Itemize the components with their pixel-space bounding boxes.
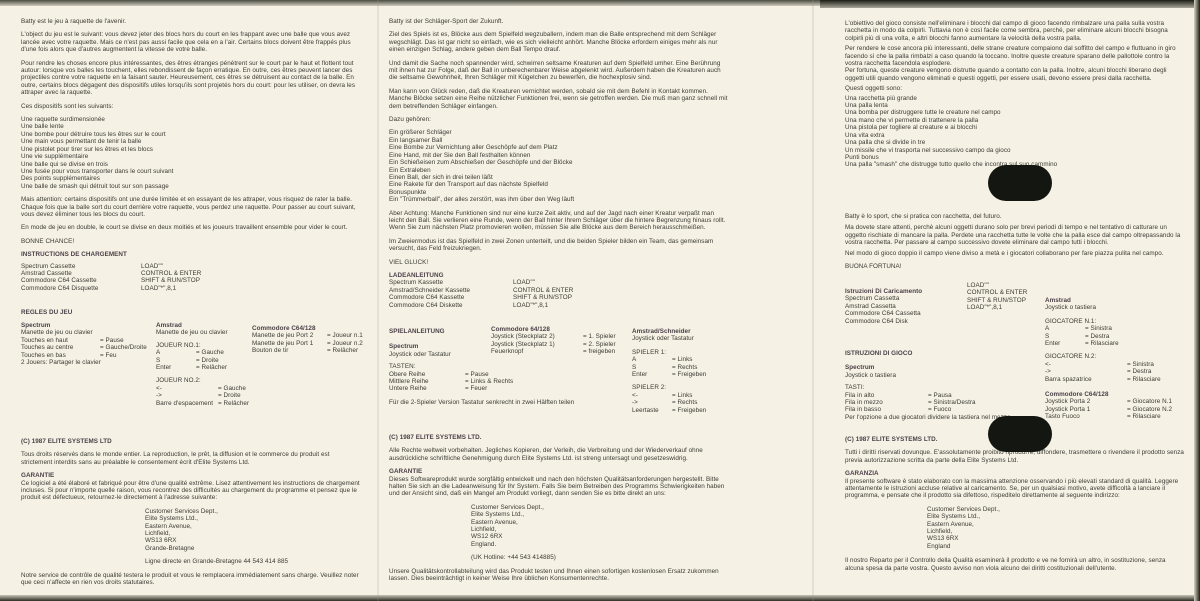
list-item: England [927, 543, 1185, 550]
row-value: SHIFT & RUN/STOP [513, 294, 572, 301]
table-row: <-= Gauche [156, 385, 266, 392]
row-label: Manette de jeu Port 1 [252, 340, 327, 347]
row-value: = Sinistra [1127, 361, 1154, 368]
table-row: Enter= Relâcher [156, 364, 266, 371]
row-label: <- [156, 385, 218, 392]
de-spectrum-subtitle: Joystick oder Tastatur [389, 351, 499, 358]
table-row: Commodore C64 CassetteSHIFT & RUN/STOP [21, 277, 361, 284]
list-item: Customer Services Dept., [145, 508, 361, 515]
row-label: Fila in basso [845, 406, 928, 413]
row-value: = Sinistra/Destra [928, 399, 976, 406]
table-row: Amstrad/Schneider KassetteCONTROL & ENTE… [389, 287, 729, 294]
list-item: Ein größerer Schläger [389, 129, 729, 136]
punched-hole [988, 165, 1052, 201]
fr-rights: Tous droits réservés dans le monde entie… [21, 451, 361, 466]
table-row: Joystick Porta 1= Giocatore N.2 [1045, 406, 1185, 413]
table-row: Touches au centre= Gauche/Droite [21, 344, 171, 351]
table-row: Fila in alto= Pausa [845, 392, 1045, 399]
row-label: Commodore C64 Diskette [389, 302, 513, 309]
fr-loading-table: Spectrum CassetteLOAD""Amstrad CassetteC… [21, 263, 361, 293]
it-warranty: Il presente software è stato elaborato c… [845, 478, 1185, 500]
list-item: Une vie supplémentaire [21, 153, 361, 160]
de-spectrum-title: Spectrum [389, 343, 499, 350]
de-devices-list: Ein größerer SchlägerEin langsamer BallE… [389, 129, 729, 203]
table-row: Mittlere Reihe= Links & Rechts [389, 378, 499, 385]
it-loading-systems: Istruzioni Di Caricamento Spectrum Casse… [845, 288, 975, 325]
row-label: Touches en bas [21, 352, 100, 359]
list-item: Bonuspunkte [389, 189, 729, 196]
table-row: Fila in mezzo= Sinistra/Destra [845, 399, 1045, 406]
table-row: Joystick Porta 2= Giocatore N.1 [1045, 398, 1185, 405]
list-item: WS12 6RX [471, 533, 729, 540]
it-devices-list: Una racchetta più grandeUna palla lentaU… [845, 95, 1185, 169]
row-value: = Links [672, 392, 692, 399]
row-value: = Rilasciare [1127, 413, 1161, 420]
it-closing: Il nostro Reparto per il Controllo della… [845, 557, 1185, 572]
de-amstrad-p1-keys: A= LinksS= RechtsEnter= Freigeben [632, 356, 732, 378]
it-amstrad-p1-title: GIOCATORE N.1: [1045, 318, 1185, 325]
list-item: Eastern Avenue, [927, 521, 1185, 528]
it-spectrum-subtitle: Joystick o tastiera [845, 372, 1045, 379]
de-spectrum-note: Für die 2-Spieler Version Tastatur senkr… [389, 399, 499, 406]
list-item: Une bombe pour détruire tous les êtres s… [21, 131, 361, 138]
row-label: Commodore C64 Cassette [21, 277, 141, 284]
row-value: = Joueur n.2 [327, 340, 363, 347]
fr-spectrum-keys: Touches en haut= PauseTouches au centre=… [21, 337, 171, 359]
row-value: = Relâcher [327, 347, 358, 354]
it-paragraph: Per fortuna, queste creature vengono dis… [845, 67, 1185, 82]
fr-warranty: Ce logiciel a été élaboré et fabriqué po… [21, 480, 361, 502]
table-row: Feuerknopf= freigeben [491, 348, 621, 355]
fold-line [812, 0, 814, 601]
list-item: Una mano che vi permette di trattenere l… [845, 117, 1185, 124]
list-item: Une fusée pour vous transporter dans le … [21, 168, 361, 175]
fr-amstrad-title: Amstrad [156, 322, 266, 329]
row-value: LOAD"*",8,1 [141, 285, 176, 292]
row-label: Mittlere Reihe [389, 378, 465, 385]
de-address: Customer Services Dept.,Elite Systems Lt… [471, 504, 729, 548]
table-row: Enter= Freigeben [632, 371, 732, 378]
list-item: Eine Hand, mit der Sie den Ball festhalt… [389, 152, 729, 159]
de-paragraph: Man kann von Glück reden, daß die Kreatu… [389, 88, 729, 110]
de-warranty-heading: GARANTIE [389, 468, 729, 475]
row-value: = Links & Rechts [465, 378, 513, 385]
row-value: = Pausa [928, 392, 952, 399]
row-label: Feuerknopf [491, 348, 583, 355]
list-item: WS13 6RX [927, 535, 1185, 542]
row-value: = Feuer [465, 385, 487, 392]
list-item: Amstrad Cassetta [845, 303, 975, 310]
it-devices-intro: Questi oggetti sono: [845, 85, 1185, 92]
list-item: Una vita extra [845, 132, 1185, 139]
row-label: -> [156, 392, 218, 399]
row-value: = freigeben [583, 348, 615, 355]
table-row: Enter= Rilasciare [1045, 340, 1185, 347]
list-item: Commodore C64 Cassetta [845, 310, 975, 317]
list-item: Une raquette surdimensionée [21, 116, 361, 123]
table-row: S= Rechts [632, 364, 732, 371]
list-item: England. [471, 541, 729, 548]
punched-hole [988, 416, 1052, 452]
table-row: Touches en bas= Feu [21, 352, 171, 359]
fr-amstrad-controls: Amstrad Manette de jeu ou clavier JOUEUR… [156, 322, 266, 407]
it-loading-commands: LOAD""CONTROL & ENTERSHIFT & RUN/STOPLOA… [967, 282, 1057, 312]
row-value: = Giocatore N.2 [1127, 406, 1172, 413]
it-spectrum-keys-title: TASTI: [845, 384, 1045, 391]
list-item: Lichfield, [145, 530, 361, 537]
row-label: Joystick (Steckplatz 2) [491, 333, 583, 340]
list-item: CONTROL & ENTER [967, 289, 1057, 296]
fr-amstrad-p2-title: JOUEUR NO.2: [156, 377, 266, 384]
row-value: = Droite [196, 357, 219, 364]
row-label: Barre d'espacement [156, 400, 218, 407]
row-value: = Sinistra [1085, 325, 1112, 332]
list-item: LOAD"" [967, 282, 1057, 289]
list-item: Une balle lente [21, 123, 361, 130]
row-label: Commodore C64 Disquette [21, 285, 141, 292]
it-paragraph: L'obiettivo del gioco consiste nell'elim… [845, 20, 1185, 42]
table-row: Fila in basso= Fuoco [845, 406, 1045, 413]
list-item: Grande-Bretagne [145, 545, 361, 552]
row-label: Untere Reihe [389, 385, 465, 392]
list-item: WS13 6RX [145, 537, 361, 544]
list-item: Customer Services Dept., [927, 506, 1185, 513]
row-value: = Destra [1085, 333, 1109, 340]
row-label: -> [1045, 368, 1127, 375]
it-amstrad-title: Amstrad [1045, 297, 1185, 304]
it-amstrad-p1-keys: A= SinistraS= DestraEnter= Rilasciare [1045, 325, 1185, 347]
list-item: Elite Systems Ltd., [927, 513, 1185, 520]
de-amstrad-p2-title: SPIELER 2: [632, 384, 732, 391]
row-value: = Gauche [218, 385, 246, 392]
list-item: Commodore C64 Disk [845, 318, 975, 325]
fr-amstrad-p1-keys: A= GaucheS= DroiteEnter= Relâcher [156, 349, 266, 371]
fr-loading-heading: INSTRUCTIONS DE CHARGEMENT [21, 251, 361, 258]
de-commodore-keys: Joystick (Steckplatz 2)= 1. SpielerJoyst… [491, 333, 621, 355]
it-spectrum-controls: ISTRUZIONI DI GIOCO Spectrum Joystick o … [845, 350, 1045, 421]
table-row: Joystick (Steckplatz 2)= 1. Spieler [491, 333, 621, 340]
row-value: = Links [672, 356, 692, 363]
row-label: Enter [632, 371, 672, 378]
row-label: Leertaste [632, 407, 672, 414]
row-value: = Rechts [672, 364, 697, 371]
fr-spectrum-note: 2 Jouers: Partager le clavier [21, 359, 171, 366]
list-item: Une pistolet pour tirer sur les êtres et… [21, 146, 361, 153]
row-value: = 1. Spieler [583, 333, 616, 340]
fr-spectrum-title: Spectrum [21, 322, 171, 329]
list-item: Spectrum Cassetta [845, 295, 975, 302]
list-item: Eine Rakete für den Transport auf das nä… [389, 181, 729, 188]
row-value: = Rilasciare [1127, 376, 1161, 383]
fr-paragraph: Mais attention: certains dispositifs ont… [21, 196, 361, 218]
table-row: A= Sinistra [1045, 325, 1185, 332]
fr-spectrum-subtitle: Manette de jeu ou clavier [21, 329, 171, 336]
de-loading-heading: LADEANLEITUNG [389, 272, 729, 279]
fr-good-luck: BONNE CHANCE! [21, 238, 361, 245]
table-row: Commodore C64 DisketteLOAD"*",8,1 [389, 302, 729, 309]
de-amstrad-title: Amstrad/Schneider [632, 328, 732, 335]
row-value: LOAD"*",8,1 [513, 302, 548, 309]
table-row: Spectrum CassetteLOAD"" [21, 263, 361, 270]
fr-devices-intro: Ces dispositifs sont les suivants: [21, 103, 361, 110]
it-commodore-title: Commodore C64/128 [1045, 391, 1185, 398]
table-row: <-= Links [632, 392, 732, 399]
list-item: Une balle de smash qui détruit tout sur … [21, 183, 361, 190]
row-label: Amstrad/Schneider Kassette [389, 287, 513, 294]
de-good-luck: VIEL GLUCK! [389, 259, 729, 266]
list-item: Punti bonus [845, 154, 1185, 161]
row-value: CONTROL & ENTER [141, 270, 201, 277]
table-row: ->= Droite [156, 392, 266, 399]
table-row: ->= Destra [1045, 368, 1185, 375]
it-paragraph: Nel modo di gioco doppio il campo viene … [845, 250, 1185, 257]
it-paragraph: Ma dovete stare attenti, perchè alcuni o… [845, 224, 1185, 246]
fr-amstrad-subtitle: Manette de jeu ou clavier [156, 329, 266, 336]
it-good-luck: BUONA FORTUNA! [845, 263, 1185, 270]
table-row: Joystick (Steckplatz 1)= 2. Spieler [491, 341, 621, 348]
row-value: = Gauche/Droite [100, 344, 147, 351]
list-item: Einen Ball, der sich in drei teilen läßt [389, 174, 729, 181]
row-value: = Destra [1127, 368, 1151, 375]
list-item: Ein "Trümmerball", der alles zerstört, w… [389, 196, 729, 203]
row-value: = Freigeben [672, 407, 706, 414]
row-label: Tasto Fuoco [1045, 413, 1127, 420]
row-value: = Feu [100, 352, 117, 359]
de-paragraph: Ziel des Spiels ist es, Blöcke aus dem S… [389, 31, 729, 53]
leaflet-sheet: Batty est le jeu à raquette de l'avenir.… [0, 0, 1200, 601]
table-row: S= Droite [156, 357, 266, 364]
fr-commodore-title: Commodore C64/128 [252, 325, 382, 332]
de-loading-table: Spectrum KassetteLOAD""Amstrad/Schneider… [389, 279, 729, 309]
german-panel: Batty ist der Schläger-Sport der Zukunft… [389, 0, 729, 601]
fr-commodore-keys: Manette de jeu Port 2= Joueur n.1Manette… [252, 332, 382, 354]
list-item: Elite Systems Ltd., [145, 515, 361, 522]
it-spectrum-keys: Fila in alto= PausaFila in mezzo= Sinist… [845, 392, 1045, 414]
list-item: Una palla lenta [845, 102, 1185, 109]
list-item: Elite Systems Ltd., [471, 511, 729, 518]
row-label: A [632, 356, 672, 363]
de-amstrad-p2-keys: <-= Links->= RechtsLeertaste= Freigeben [632, 392, 732, 414]
de-hotline: (UK Hotline: +44 543 414885) [471, 554, 729, 561]
italian-panel: L'obiettivo del gioco consiste nell'elim… [845, 0, 1185, 601]
row-label: <- [632, 392, 672, 399]
fr-spectrum-controls: Spectrum Manette de jeu ou clavier Touch… [21, 322, 171, 366]
it-amstrad-p2-keys: <-= Sinistra->= DestraBarra spazatrice= … [1045, 361, 1185, 383]
row-label: S [156, 357, 196, 364]
list-item: Lichfield, [471, 526, 729, 533]
it-intro: Batty è lo sport, che si pratica con rac… [845, 213, 1185, 220]
list-item: Eine Bombe zur Vernichtung aller Geschöp… [389, 144, 729, 151]
list-item: Customer Services Dept., [471, 504, 729, 511]
table-row: Obere Reihe= Pause [389, 371, 499, 378]
de-warranty: Dieses Softwareprodukt wurde sorgfältig … [389, 476, 729, 498]
table-row: Manette de jeu Port 2= Joueur n.1 [252, 332, 382, 339]
row-value: LOAD"" [513, 279, 535, 286]
row-label: <- [1045, 361, 1127, 368]
row-label: Obere Reihe [389, 371, 465, 378]
row-label: Joystick Porta 2 [1045, 398, 1127, 405]
it-amstrad-controls: Amstrad Joystick o tastiera GIOCATORE N.… [1045, 297, 1185, 421]
table-row: Untere Reihe= Feuer [389, 385, 499, 392]
de-intro: Batty ist der Schläger-Sport der Zukunft… [389, 18, 729, 25]
list-item: Un missile che vi trasporta nel successi… [845, 147, 1185, 154]
row-label: Manette de jeu Port 2 [252, 332, 327, 339]
fr-hotline: Ligne directe en Grande-Bretagne 44 543 … [145, 558, 361, 565]
row-label: Commodore C64 Kassette [389, 294, 513, 301]
fr-rules-heading: REGLES DU JEU [21, 309, 361, 316]
list-item: Ein Extraleben [389, 167, 729, 174]
table-row: A= Gauche [156, 349, 266, 356]
fr-amstrad-p1-title: JOUEUR NO.1: [156, 342, 266, 349]
it-loading-system-list: Spectrum CassettaAmstrad CassettaCommodo… [845, 295, 975, 325]
row-value: = Pause [100, 337, 124, 344]
row-value: = Droite [218, 392, 241, 399]
it-spectrum-title: Spectrum [845, 364, 1045, 371]
it-loading-heading: Istruzioni Di Caricamento [845, 288, 975, 295]
fr-intro: Batty est le jeu à raquette de l'avenir. [21, 18, 361, 25]
list-item: Eastern Avenue, [471, 519, 729, 526]
table-row: Tasto Fuoco= Rilasciare [1045, 413, 1185, 420]
list-item: Una palla che si divide in tre [845, 139, 1185, 146]
fr-commodore-controls: Commodore C64/128 Manette de jeu Port 2=… [252, 325, 382, 355]
de-spectrum-controls: SPIELANLEITUNG Spectrum Joystick oder Ta… [389, 328, 499, 406]
fr-paragraph: Pour rendre les choses encore plus intér… [21, 60, 361, 97]
list-item: SHIFT & RUN/STOP [967, 297, 1057, 304]
de-rules-heading: SPIELANLEITUNG [389, 328, 499, 335]
de-paragraph: Und damit die Sache noch spannender wird… [389, 60, 729, 82]
it-amstrad-p2-title: GIOCATORE N.2: [1045, 353, 1185, 360]
list-item: Une balle qui se divise en trois [21, 161, 361, 168]
table-row: Leertaste= Freigeben [632, 407, 732, 414]
fr-paragraph: En mode de jeu en double, le court se di… [21, 224, 361, 231]
row-value: = Rilasciare [1085, 340, 1119, 347]
list-item: Des points supplémentaires [21, 175, 361, 182]
french-panel: Batty est le jeu à raquette de l'avenir.… [21, 0, 361, 601]
row-value: = Gauche [196, 349, 224, 356]
row-label: Fila in alto [845, 392, 928, 399]
de-rights: Alle Rechte weltweit vorbehalten. Jeglic… [389, 447, 729, 462]
row-label: A [156, 349, 196, 356]
de-paragraph: Aber Achtung: Manche Funktionen sind nur… [389, 210, 729, 232]
fr-warranty-heading: GARANTIE [21, 472, 361, 479]
it-address: Customer Services Dept.,Elite Systems Lt… [927, 506, 1185, 550]
de-copyright: (C) 1987 ELITE SYSTEMS LTD. [389, 434, 729, 441]
list-item: LOAD"*",8,1 [967, 304, 1057, 311]
row-value: LOAD"" [141, 263, 163, 270]
table-row: ->= Rechts [632, 399, 732, 406]
row-label: Amstrad Cassette [21, 270, 141, 277]
row-label: Joystick Porta 1 [1045, 406, 1127, 413]
de-amstrad-controls: Amstrad/Schneider Joystick oder Tastatur… [632, 328, 732, 414]
row-label: S [632, 364, 672, 371]
de-commodore-controls: Commodore 64/128 Joystick (Steckplatz 2)… [491, 326, 621, 356]
row-label: -> [632, 399, 672, 406]
table-row: Commodore C64 DisquetteLOAD"*",8,1 [21, 285, 361, 292]
it-amstrad-subtitle: Joystick o tastiera [1045, 304, 1185, 311]
list-item: Ein langsamer Ball [389, 137, 729, 144]
list-item: Eastern Avenue, [145, 523, 361, 530]
de-commodore-title: Commodore 64/128 [491, 326, 621, 333]
list-item: Una pistola per togliere al creature e a… [845, 124, 1185, 131]
row-label: A [1045, 325, 1085, 332]
table-row: Touches en haut= Pause [21, 337, 171, 344]
row-label: Touches au centre [21, 344, 100, 351]
row-value: CONTROL & ENTER [513, 287, 573, 294]
de-devices-intro: Dazu gehören: [389, 116, 729, 123]
table-row: Commodore C64 KassetteSHIFT & RUN/STOP [389, 294, 729, 301]
row-value: = Giocatore N.1 [1127, 398, 1172, 405]
it-warranty-heading: GARANZIA [845, 470, 1185, 477]
de-paragraph: Im Zweiermodus ist das Spielfeld in zwei… [389, 238, 729, 253]
fold-line [377, 0, 379, 601]
row-label: Joystick (Steckplatz 1) [491, 341, 583, 348]
table-row: Manette de jeu Port 1= Joueur n.2 [252, 340, 382, 347]
row-label: Enter [156, 364, 196, 371]
fr-paragraph: L'object du jeu est le suivant: vous dev… [21, 31, 361, 53]
de-amstrad-subtitle: Joystick oder Tastatur [632, 335, 732, 342]
row-value: = 2. Spieler [583, 341, 616, 348]
it-rules-heading: ISTRUZIONI DI GIOCO [845, 350, 1045, 357]
row-value: SHIFT & RUN/STOP [141, 277, 200, 284]
row-value: = Joueur n.1 [327, 332, 363, 339]
list-item: Ein Schießeisen zum Abschießen der Gesch… [389, 159, 729, 166]
table-row: Spectrum KassetteLOAD"" [389, 279, 729, 286]
row-label: Enter [1045, 340, 1085, 347]
row-value: = Rechts [672, 399, 697, 406]
table-row: A= Links [632, 356, 732, 363]
de-spectrum-keys: Obere Reihe= PauseMittlere Reihe= Links … [389, 371, 499, 393]
row-value: = Fuoco [928, 406, 951, 413]
table-row: <-= Sinistra [1045, 361, 1185, 368]
list-item: Lichfield, [927, 528, 1185, 535]
table-row: Bouton de tir= Relâcher [252, 347, 382, 354]
table-row: Barra spazatrice= Rilasciare [1045, 376, 1185, 383]
row-label: S [1045, 333, 1085, 340]
de-spectrum-keys-title: TASTEN: [389, 363, 499, 370]
row-label: Fila in mezzo [845, 399, 928, 406]
row-value: = Relâcher [196, 364, 227, 371]
row-label: Barra spazatrice [1045, 376, 1127, 383]
table-row: S= Destra [1045, 333, 1185, 340]
it-paragraph: Per rendere le cose ancora più interessa… [845, 45, 1185, 67]
it-commodore-keys: Joystick Porta 2= Giocatore N.1Joystick … [1045, 398, 1185, 420]
table-row: Barre d'espacement= Relâcher [156, 400, 266, 407]
row-value: = Relâcher [218, 400, 249, 407]
list-item: Una bomba per distruggere tutte le creat… [845, 109, 1185, 116]
it-loading-command-list: LOAD""CONTROL & ENTERSHIFT & RUN/STOPLOA… [967, 282, 1057, 312]
row-label: Bouton de tir [252, 347, 327, 354]
row-value: = Freigeben [672, 371, 706, 378]
row-label: Touches en haut [21, 337, 100, 344]
fr-closing: Notre service de contrôle de qualité tes… [21, 572, 361, 587]
scan-right-edge [1194, 0, 1200, 601]
de-closing: Unsere Qualitätskontrollabteilung wird d… [389, 568, 729, 583]
fr-devices-list: Une raquette surdimensionéeUne balle len… [21, 116, 361, 190]
row-label: Spectrum Kassette [389, 279, 513, 286]
list-item: Une main vous permettant de tenir la bal… [21, 138, 361, 145]
list-item: Una racchetta più grande [845, 95, 1185, 102]
row-label: Spectrum Cassette [21, 263, 141, 270]
de-amstrad-p1-title: SPIELER 1: [632, 349, 732, 356]
row-value: = Pause [465, 371, 489, 378]
fr-copyright: (C) 1987 ELITE SYSTEMS LTD [21, 438, 361, 445]
table-row: Amstrad CassetteCONTROL & ENTER [21, 270, 361, 277]
fr-address: Customer Services Dept.,Elite Systems Lt… [145, 508, 361, 552]
fr-amstrad-p2-keys: <-= Gauche->= DroiteBarre d'espacement= … [156, 385, 266, 407]
